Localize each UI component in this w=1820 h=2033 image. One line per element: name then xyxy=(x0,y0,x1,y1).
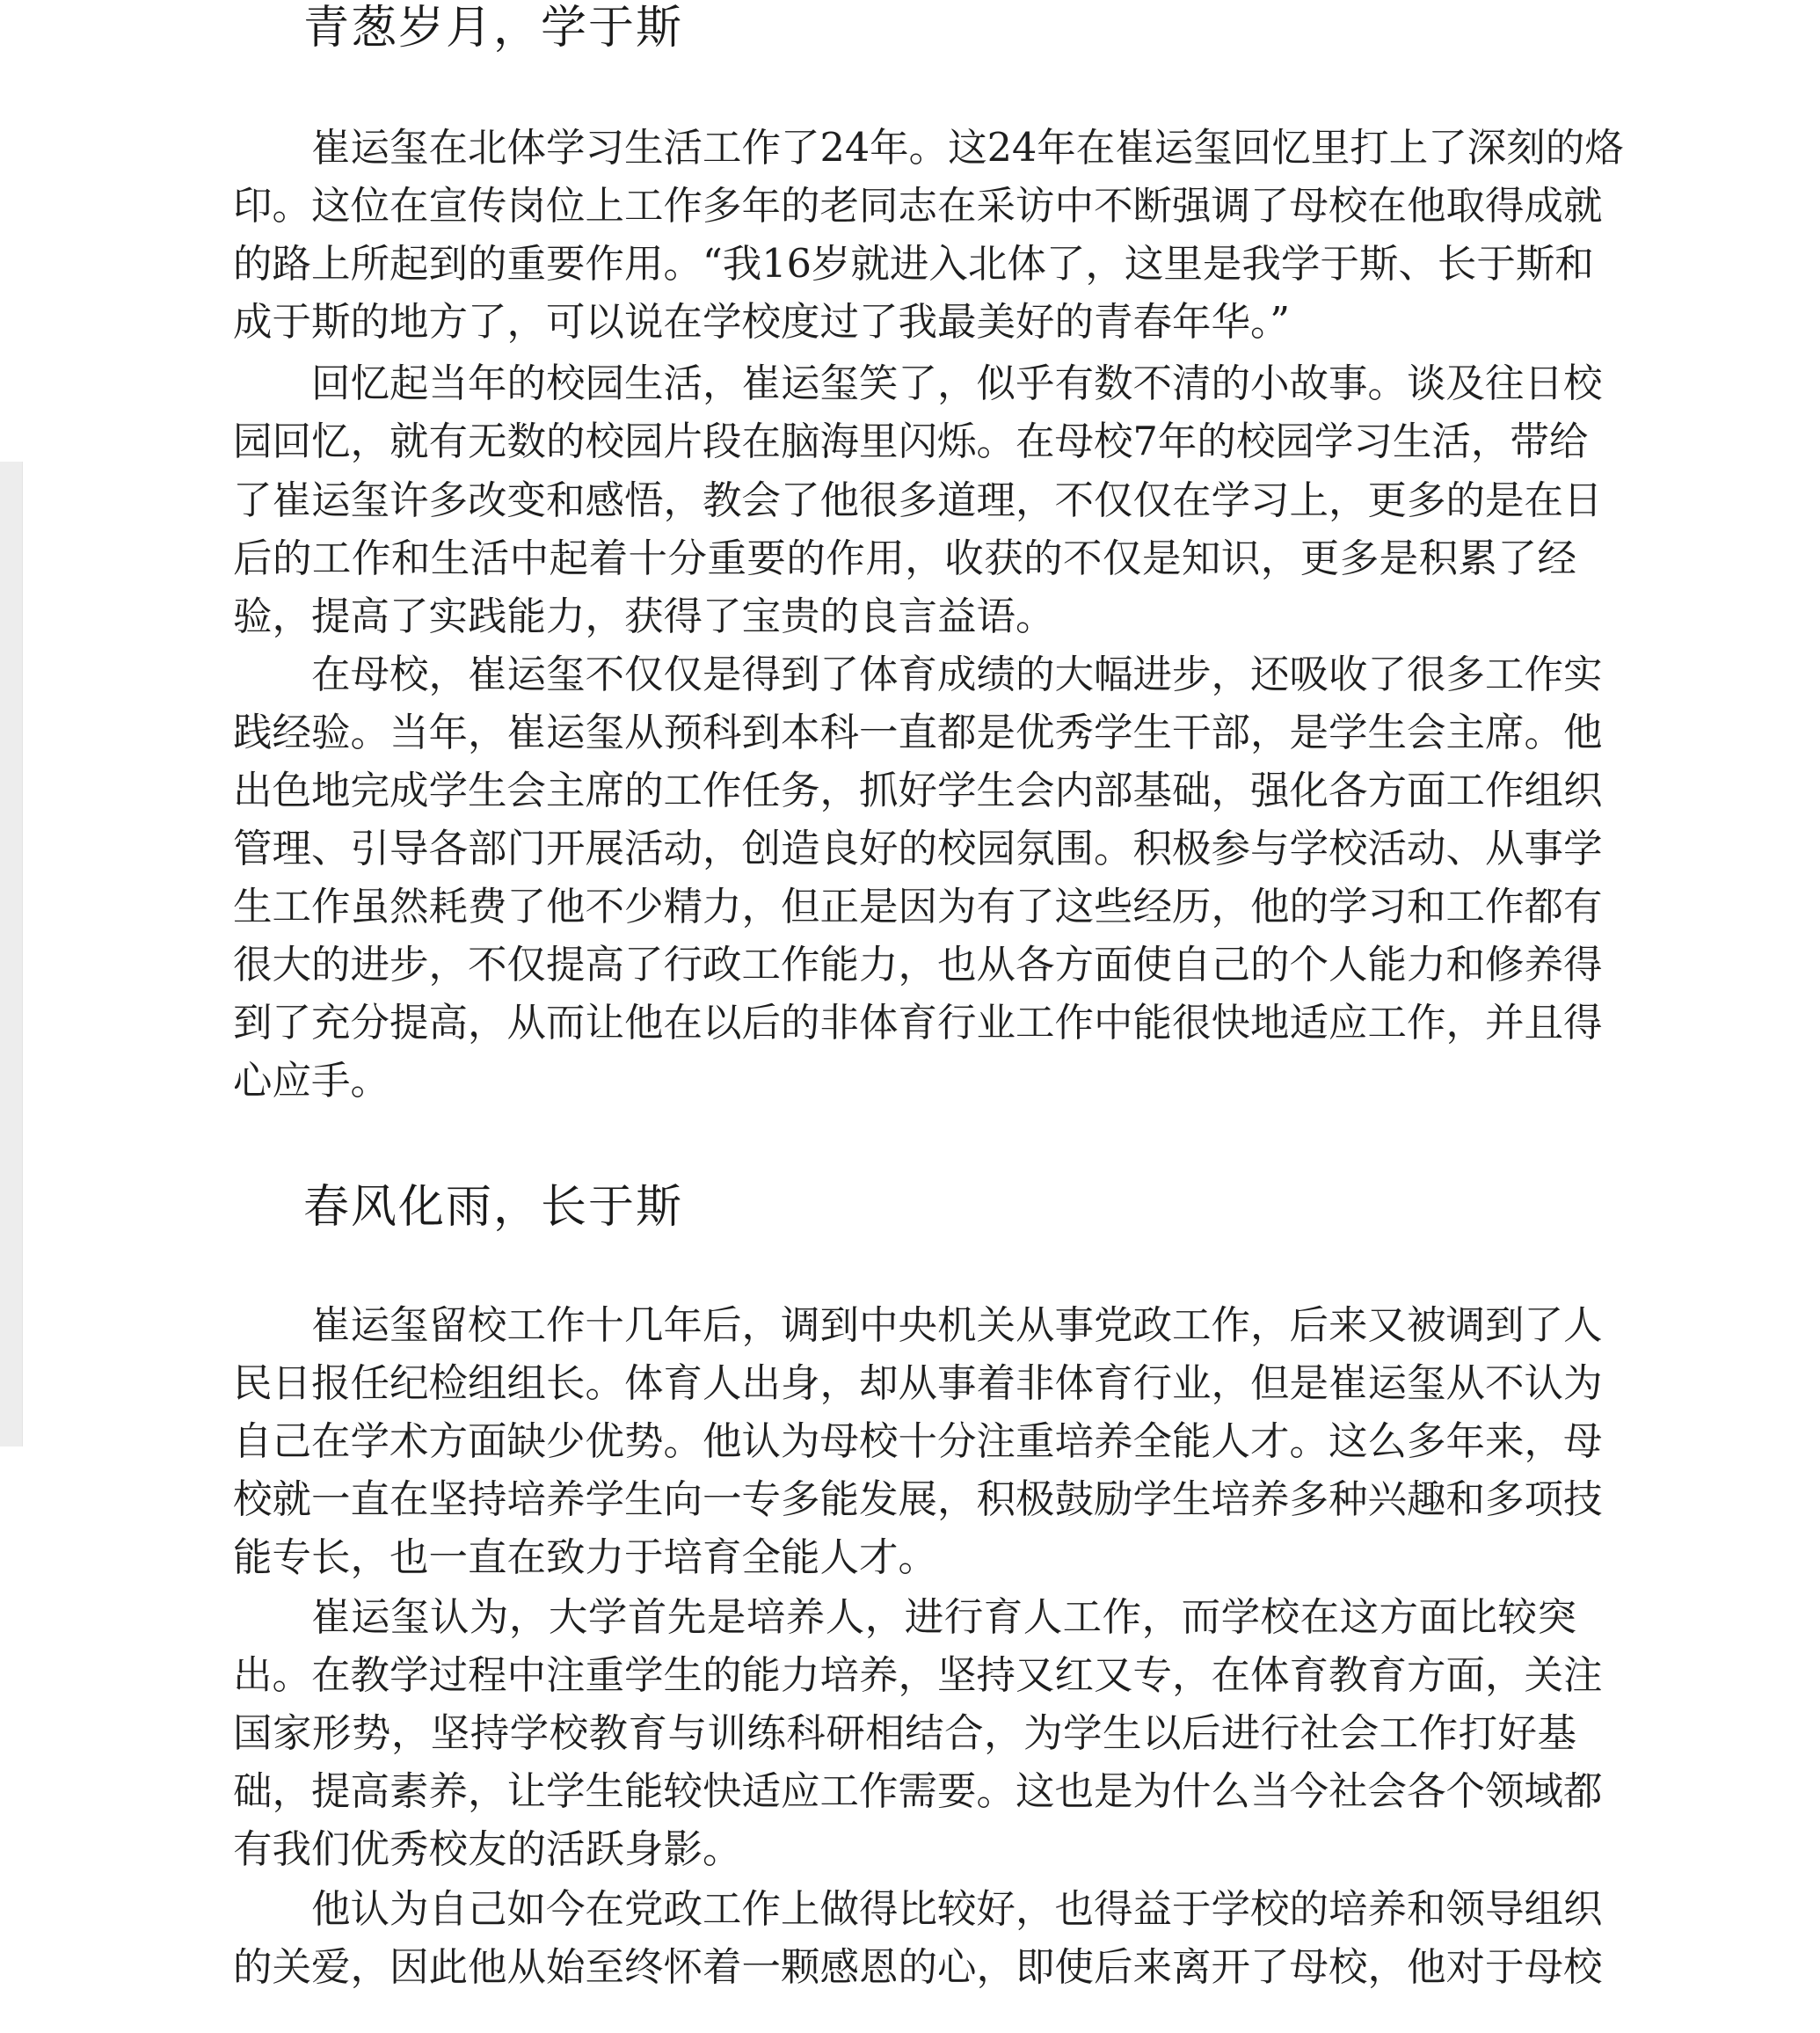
text-line: 验，提高了实践能力，获得了宝贵的良言益语。 xyxy=(233,588,1576,646)
text-line: 回忆起当年的校园生活，崔运玺笑了，似乎有数不清的小故事。谈及往日校 xyxy=(233,355,1576,413)
text-line: 印。这位在宣传岗位上工作多年的老同志在采访中不断强调了母校在他取得成就 xyxy=(233,178,1576,236)
text-line: 成于斯的地方了，可以说在学校度过了我最美好的青春年华。” xyxy=(233,294,1576,352)
text-line: 了崔运玺许多改变和感悟，教会了他很多道理，不仅仅在学习上，更多的是在日 xyxy=(233,472,1576,530)
text-line: 园回忆，就有无数的校园片段在脑海里闪烁。在母校7年的校园学习生活，带给 xyxy=(233,413,1576,471)
text-line: 践经验。当年，崔运玺从预科到本科一直都是优秀学生干部，是学生会主席。他 xyxy=(233,704,1576,762)
text-line: 生工作虽然耗费了他不少精力，但正是因为有了这些经历，他的学习和工作都有 xyxy=(233,878,1576,936)
text-line: 的路上所起到的重要作用。“我16岁就进入北体了，这里是我学于斯、长于斯和 xyxy=(233,236,1576,294)
text-line: 础，提高素养，让学生能较快适应工作需要。这也是为什么当今社会各个领域都 xyxy=(233,1763,1576,1821)
text-line: 能专长，也一直在致力于培育全能人才。 xyxy=(233,1529,1576,1587)
text-line: 自己在学术方面缺少优势。他认为母校十分注重培养全能人才。这么多年来，母 xyxy=(233,1413,1576,1471)
page-edge-shadow xyxy=(0,462,23,1446)
text-line: 出色地完成学生会主席的工作任务，抓好学生会内部基础，强化各方面工作组织 xyxy=(233,762,1576,820)
text-line: 他认为自己如今在党政工作上做得比较好，也得益于学校的培养和领导组织 xyxy=(233,1881,1576,1939)
text-line: 国家形势，坚持学校教育与训练科研相结合，为学生以后进行社会工作打好基 xyxy=(233,1705,1576,1763)
text-line: 崔运玺留校工作十几年后，调到中央机关从事党政工作，后来又被调到了人 xyxy=(233,1297,1576,1355)
text-line: 后的工作和生活中起着十分重要的作用，收获的不仅是知识，更多是积累了经 xyxy=(233,530,1576,588)
text-line: 到了充分提高，从而让他在以后的非体育行业工作中能很快地适应工作，并且得 xyxy=(233,995,1576,1053)
text-line: 在母校，崔运玺不仅仅是得到了体育成绩的大幅进步，还吸收了很多工作实 xyxy=(233,646,1576,704)
section-heading-2: 春风化雨，长于斯 xyxy=(303,1179,683,1235)
text-line: 民日报任纪检组组长。体育人出身，却从事着非体育行业，但是崔运玺从不认为 xyxy=(233,1355,1576,1413)
text-line: 校就一直在坚持培养学生向一专多能发展，积极鼓励学生培养多种兴趣和多项技 xyxy=(233,1471,1576,1529)
text-line: 管理、引导各部门开展活动，创造良好的校园氛围。积极参与学校活动、从事学 xyxy=(233,820,1576,878)
text-line: 心应手。 xyxy=(233,1053,1576,1111)
section-heading-1: 青葱岁月，学于斯 xyxy=(303,0,683,56)
text-line: 的关爱，因此他从始至终怀着一颗感恩的心，即使后来离开了母校，他对于母校 xyxy=(233,1939,1576,1997)
text-line: 出。在教学过程中注重学生的能力培养，坚持又红又专，在体育教育方面，关注 xyxy=(233,1647,1576,1705)
text-line: 有我们优秀校友的活跃身影。 xyxy=(233,1821,1576,1879)
text-line: 崔运玺认为，大学首先是培养人，进行育人工作，而学校在这方面比较突 xyxy=(233,1589,1576,1647)
text-line: 崔运玺在北体学习生活工作了24年。这24年在崔运玺回忆里打上了深刻的烙 xyxy=(233,120,1576,178)
text-line: 很大的进步，不仅提高了行政工作能力，也从各方面使自己的个人能力和修养得 xyxy=(233,936,1576,995)
